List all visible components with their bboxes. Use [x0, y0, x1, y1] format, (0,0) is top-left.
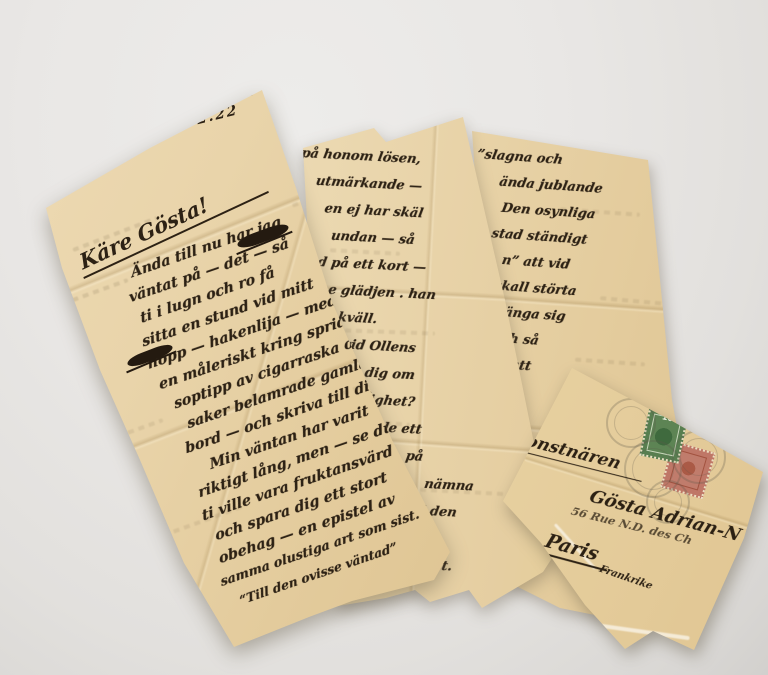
letter-header: Engelbrektsgatan 11 5.12.22 [144, 87, 258, 140]
ink-bleedthrough [1, 165, 59, 189]
photograph-letters-and-envelope: ”slagna och ända jublande Den osynliga s… [0, 0, 768, 675]
letter-page-1-wrap: Engelbrektsgatan 11 5.12.22 Käre Gösta! … [0, 0, 768, 675]
letter-page-1: Engelbrektsgatan 11 5.12.22 Käre Gösta! … [0, 0, 768, 675]
letter-date: 5.12.22 [148, 97, 258, 140]
ink-bleedthrough [292, 176, 369, 207]
